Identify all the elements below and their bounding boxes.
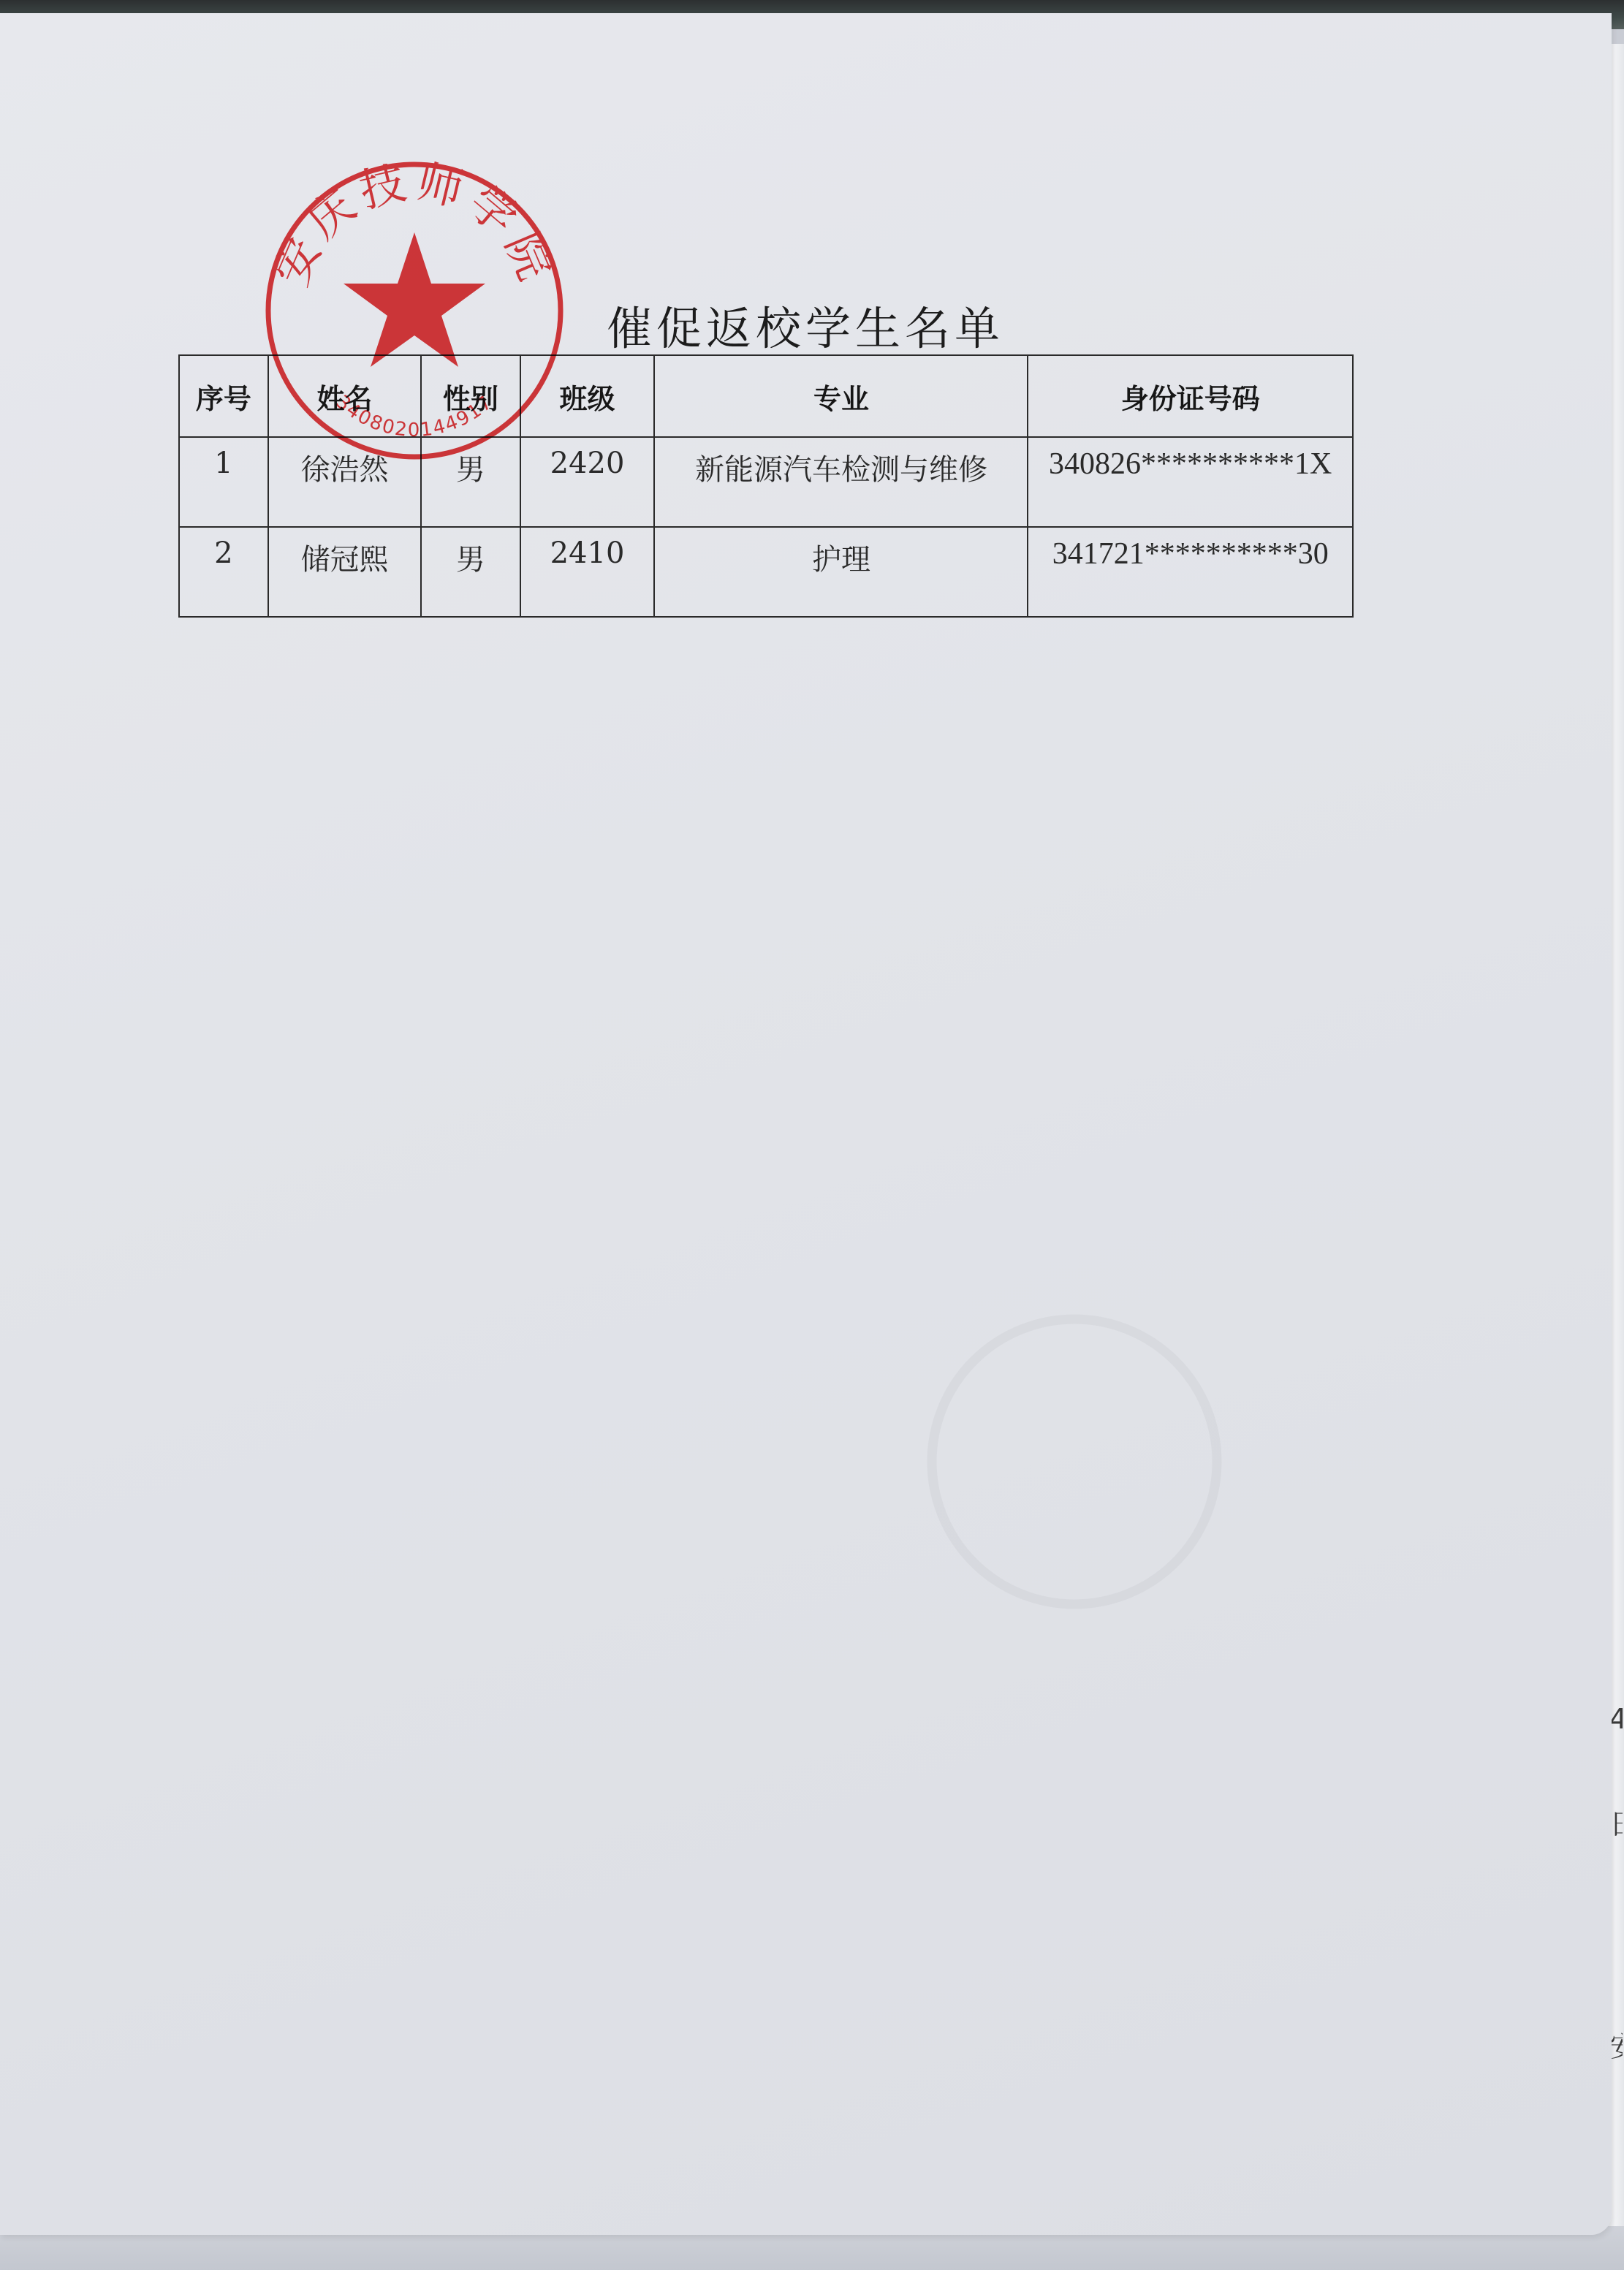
cell-name: 储冠熙	[268, 527, 421, 617]
cell-major: 护理	[654, 527, 1028, 617]
student-roster-table: 序号 姓名 性别 班级 专业 身份证号码 1 徐浩然 男 2420 新能源汽车检…	[178, 354, 1354, 618]
cell-seq: 1	[179, 437, 268, 527]
header-seq: 序号	[179, 355, 268, 437]
cell-class: 2420	[520, 437, 655, 527]
cell-gender: 男	[421, 437, 520, 527]
table-header-row: 序号 姓名 性别 班级 专业 身份证号码	[179, 355, 1353, 437]
cell-id-number: 340826**********1X	[1028, 437, 1353, 527]
header-id-number: 身份证号码	[1028, 355, 1353, 437]
cell-major: 新能源汽车检测与维修	[654, 437, 1028, 527]
document-title: 催促返校学生名单	[607, 292, 1004, 357]
table-row: 2 储冠熙 男 2410 护理 341721**********30	[179, 527, 1353, 617]
cell-name: 徐浩然	[268, 437, 421, 527]
header-gender: 性别	[421, 355, 520, 437]
cell-gender: 男	[421, 527, 520, 617]
header-class: 班级	[520, 355, 655, 437]
table-row: 1 徐浩然 男 2420 新能源汽车检测与维修 340826**********…	[179, 437, 1353, 527]
header-name: 姓名	[268, 355, 421, 437]
cell-id-number: 341721**********30	[1028, 527, 1353, 617]
cell-seq: 2	[179, 527, 268, 617]
cell-class: 2410	[520, 527, 655, 617]
header-major: 专业	[654, 355, 1028, 437]
